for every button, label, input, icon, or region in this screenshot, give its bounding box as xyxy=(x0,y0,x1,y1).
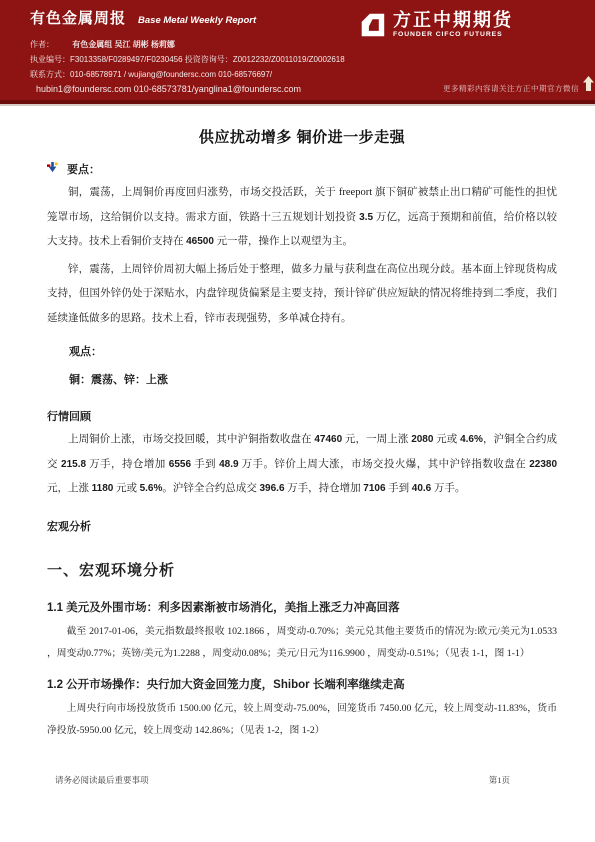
macro-analysis-heading: 宏观分析 xyxy=(47,519,557,535)
subsection-1-1-paragraph: 截至 2017-01-06，美元指数最终报收 102.1866 ，周变动-0.7… xyxy=(47,621,557,666)
document-body: 供应扰动增多 铜价进一步走强 要点： 铜，震荡，上周铜价再度回归涨势，市场交投活… xyxy=(0,126,595,743)
zinc-paragraph: 锌，震荡，上周锌价周初大幅上扬后处于整理，做多力量与获利盘在高位出现分歧。基本面… xyxy=(47,258,557,332)
copper-paragraph: 铜，震荡，上周铜价再度回归涨势，市场交投活跃，关于 freeport 旗下铜矿被… xyxy=(47,181,557,255)
report-page: 有色金属周报 Base Metal Weekly Report 作者： 有色金属… xyxy=(0,0,595,842)
report-title-row: 有色金属周报 Base Metal Weekly Report xyxy=(30,7,345,28)
market-review-paragraph: 上周铜价上涨，市场交投回暖，其中沪铜指数收盘在 47460 元，一周上涨 208… xyxy=(47,428,557,502)
report-title: 有色金属周报 xyxy=(30,7,126,28)
logo-name-cn: 方正中期期货 xyxy=(393,10,513,30)
contact-line-1: 联系方式：010-68578971 / wujiang@foundersc.co… xyxy=(30,67,345,82)
up-arrow-icon xyxy=(583,76,594,96)
license-line: 执业编号：F3013358/F0289497/F0230456 投资咨询号：Z0… xyxy=(30,52,345,67)
contact-line-2: hubin1@foundersc.com 010-68573781/yangli… xyxy=(30,82,345,97)
page-footer: 请务必阅读最后重要事项 第1页 xyxy=(55,774,510,786)
founder-logo-icon xyxy=(359,12,386,44)
section-1-heading: 一、宏观环境分析 xyxy=(47,559,557,580)
logo-text-block: 方正中期期货 FOUNDER CIFCO FUTURES xyxy=(393,10,513,38)
subsection-1-2-paragraph: 上周央行向市场投放货币 1500.00 亿元，较上周变动-75.00%，回笼货币… xyxy=(47,698,557,743)
viewpoint-value: 铜：震荡、锌：上涨 xyxy=(47,372,557,388)
subsection-1-2-heading: 1.2 公开市场操作：央行加大资金回笼力度，Shibor 长端利率继续走高 xyxy=(47,676,557,692)
key-points-label: 要点： xyxy=(67,161,100,177)
banner-light-line xyxy=(0,104,595,106)
market-review-heading: 行情回顾 xyxy=(47,409,557,425)
wechat-note: 更多精彩内容请关注方正中期官方微信 xyxy=(443,83,579,94)
logo-name-en: FOUNDER CIFCO FUTURES xyxy=(393,31,513,38)
footer-disclaimer: 请务必阅读最后重要事项 xyxy=(55,774,149,786)
subsection-1-1-heading: 1.1 美元及外围市场：利多因素渐被市场消化，美指上涨乏力冲高回落 xyxy=(47,599,557,615)
header-left-block: 有色金属周报 Base Metal Weekly Report 作者： 有色金属… xyxy=(30,7,345,97)
author-names: 有色金属组 吴江 胡彬 杨莉娜 xyxy=(72,37,175,52)
author-line: 作者： 有色金属组 吴江 胡彬 杨莉娜 xyxy=(30,37,345,52)
author-label: 作者： xyxy=(30,37,54,52)
page-number: 第1页 xyxy=(489,774,510,786)
company-logo: 方正中期期货 FOUNDER CIFCO FUTURES xyxy=(359,10,513,44)
viewpoint-label: 观点： xyxy=(47,344,557,360)
header-meta: 作者： 有色金属组 吴江 胡彬 杨莉娜 执业编号：F3013358/F02894… xyxy=(30,37,345,97)
report-subtitle: Base Metal Weekly Report xyxy=(138,15,256,26)
key-points-bullet-icon xyxy=(47,160,58,178)
header-banner: 有色金属周报 Base Metal Weekly Report 作者： 有色金属… xyxy=(0,0,595,100)
document-title: 供应扰动增多 铜价进一步走强 xyxy=(47,126,557,147)
key-points-row: 要点： xyxy=(47,160,557,178)
